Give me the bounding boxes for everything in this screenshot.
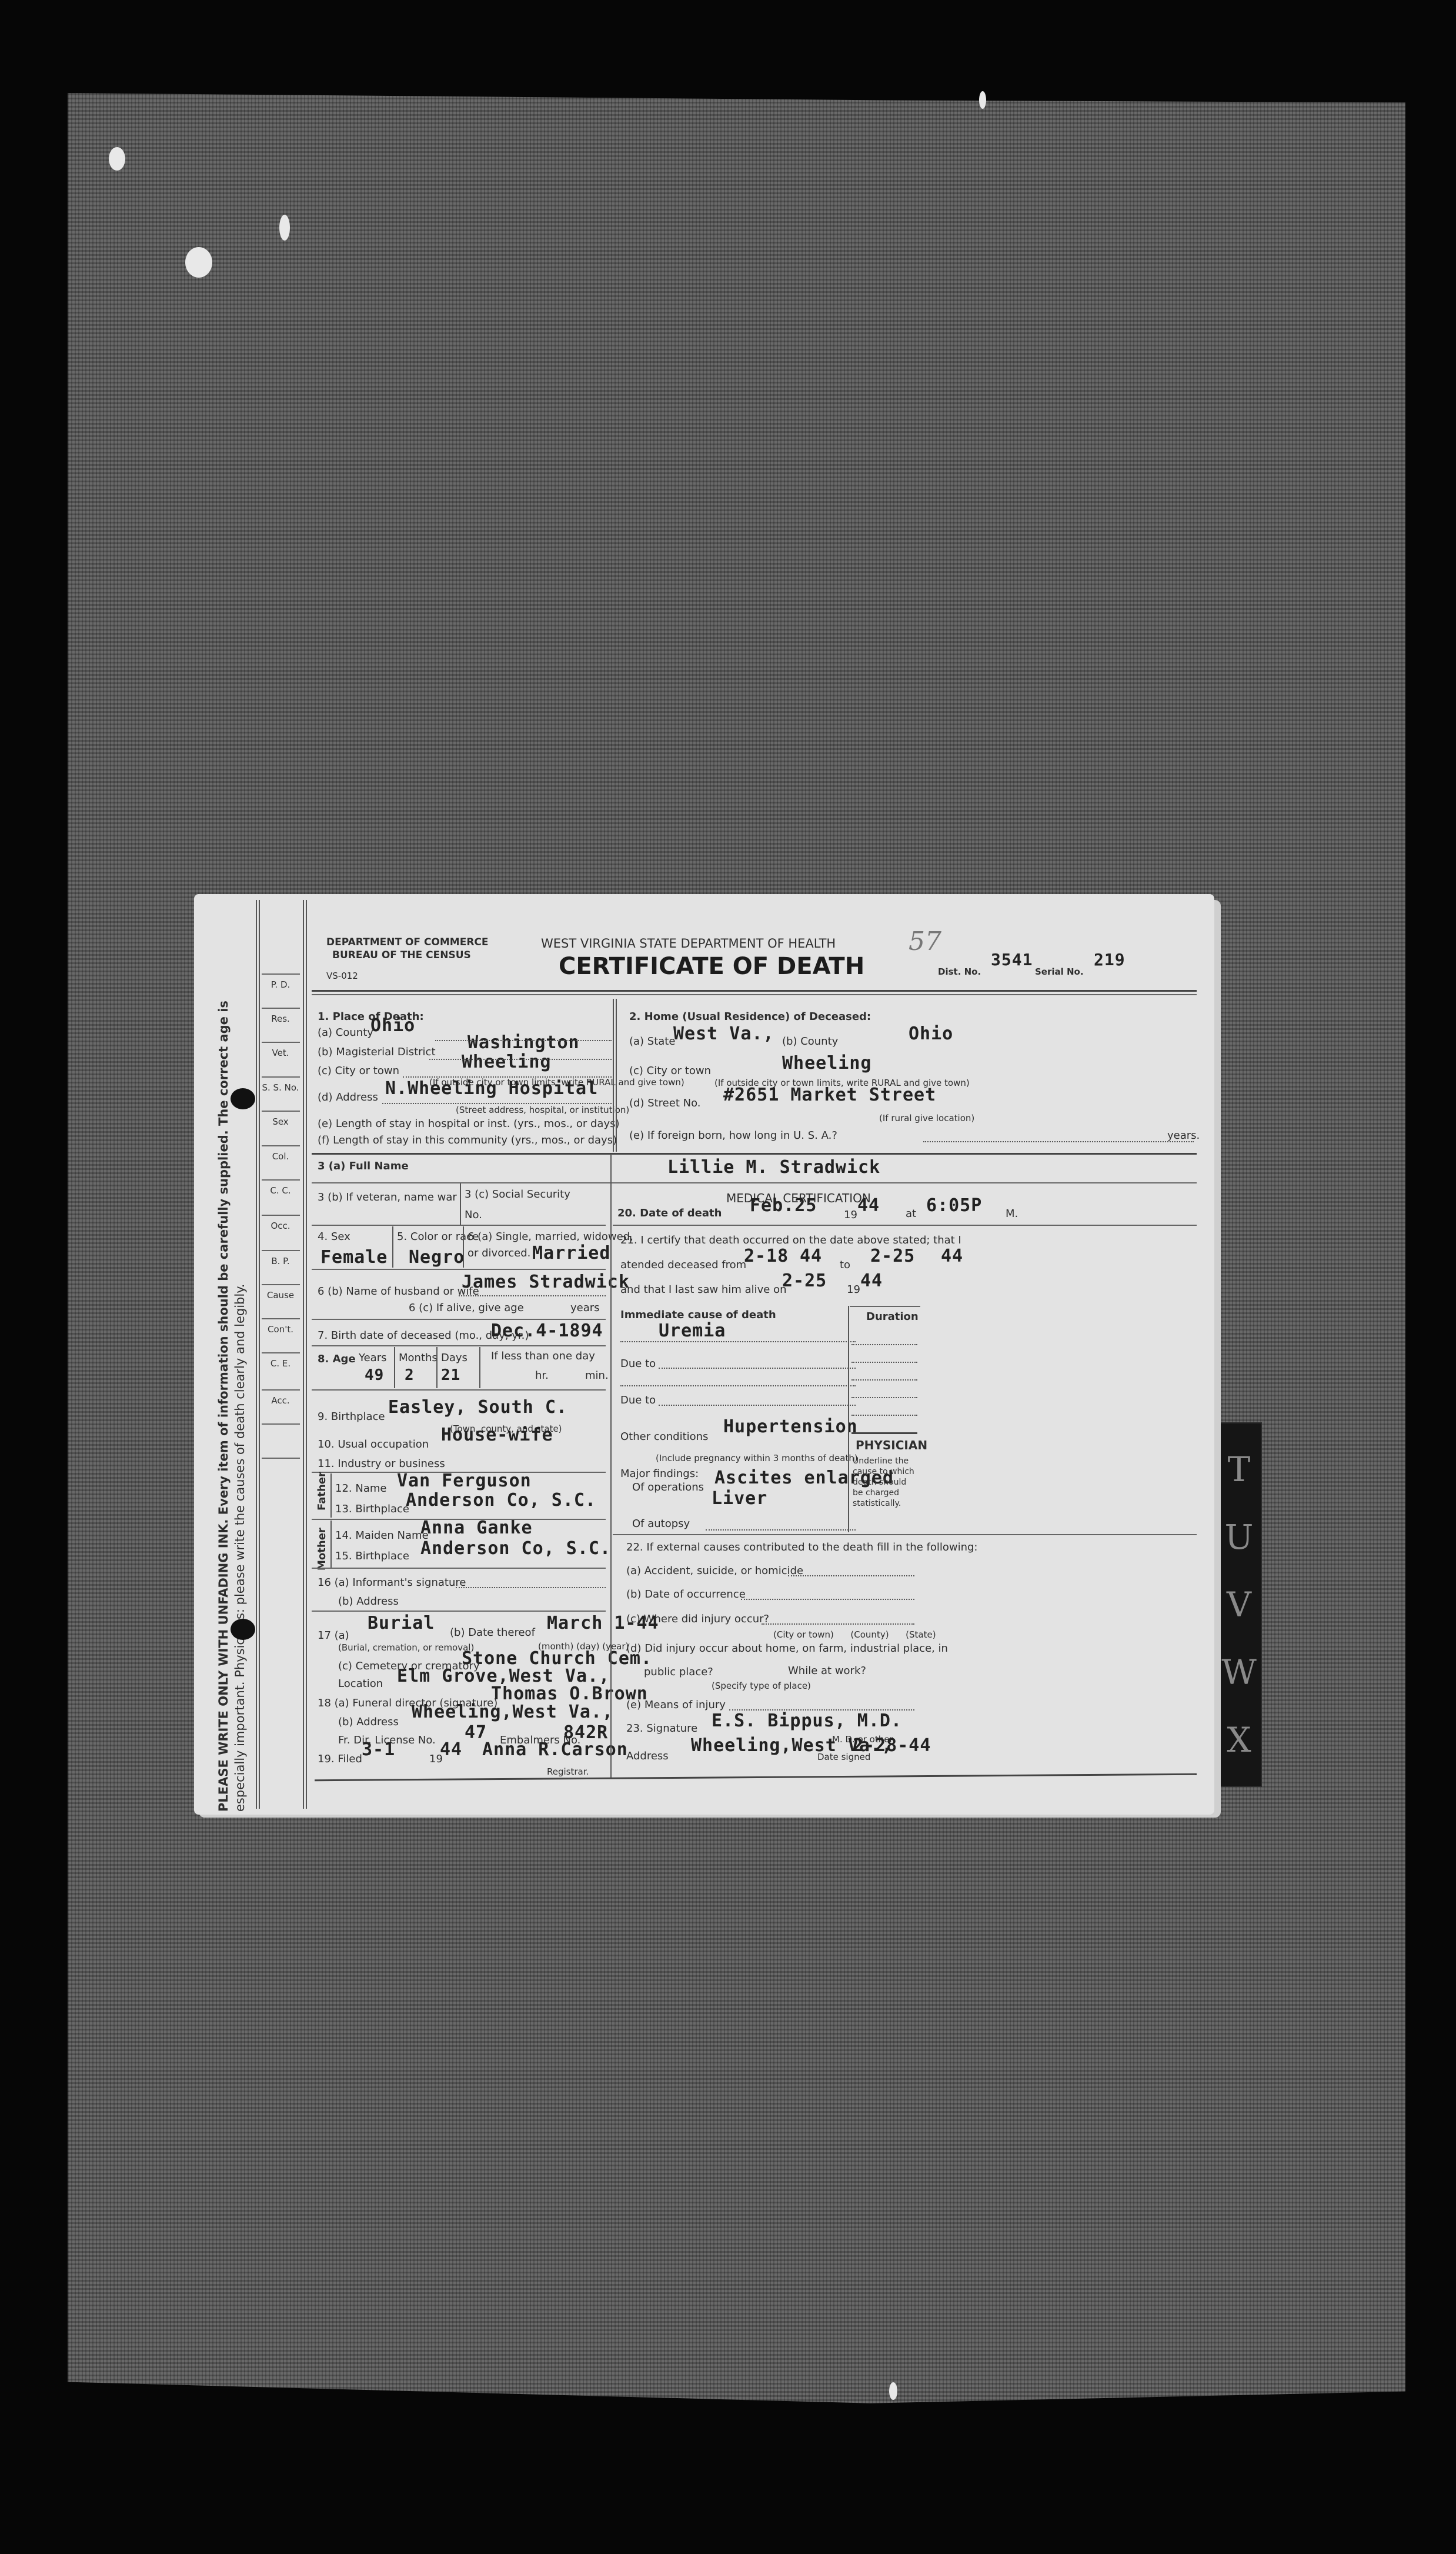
to-label: to	[840, 1259, 850, 1271]
death-date-value: Feb.25	[750, 1195, 817, 1216]
ink-instruction: PLEASE WRITE ONLY WITH UNFADING INK. Eve…	[216, 1001, 231, 1812]
code-bp: B. P.	[260, 1256, 301, 1266]
at-label: at	[906, 1208, 916, 1220]
res-foreign-label: (e) If foreign born, how long in U. S. A…	[629, 1129, 837, 1142]
funeral-director-address-value: Wheeling,West Va.,	[412, 1702, 613, 1722]
birthplace-label: 9. Birthplace	[318, 1411, 385, 1423]
m-label: M.	[1006, 1208, 1018, 1220]
hr-label: hr.	[535, 1369, 549, 1382]
margin-line	[306, 900, 307, 1809]
funeral-director-value: Thomas O.Brown	[491, 1683, 648, 1704]
race-label: 5. Color or race	[397, 1231, 479, 1243]
filed-label: 19. Filed	[318, 1753, 362, 1765]
fill-line	[659, 1368, 856, 1369]
dust-speck	[185, 247, 212, 278]
did-injury-label: (d) Did injury occur about home, on farm…	[626, 1642, 948, 1655]
place-note: (Specify type of place)	[712, 1681, 811, 1691]
fill-line	[403, 1076, 612, 1078]
less-than-day-label: If less than one day	[491, 1350, 595, 1362]
duration-divider	[848, 1306, 849, 1532]
fill-line	[851, 1397, 917, 1398]
code-divider	[262, 1458, 300, 1459]
res-county-label: (b) County	[782, 1035, 838, 1048]
tab-letter: V	[1227, 1588, 1251, 1622]
cell-divider	[330, 1521, 332, 1568]
external-causes-heading: 22. If external causes contributed to th…	[626, 1541, 978, 1553]
informant-address-label: (b) Address	[338, 1595, 399, 1608]
code-divider	[262, 1215, 300, 1216]
informant-label: 16 (a) Informant's signature	[318, 1576, 466, 1589]
funeral-director-address-label: (b) Address	[338, 1716, 399, 1728]
code-divider	[262, 1008, 300, 1009]
code-divider	[262, 1111, 300, 1112]
industry-label: 11. Industry or business	[318, 1458, 445, 1470]
pod-city-value: Wheeling	[462, 1052, 552, 1072]
fill-line	[851, 1379, 917, 1381]
mother-birthplace-label: 15. Birthplace	[335, 1550, 409, 1562]
attended-label: atended deceased from	[620, 1259, 746, 1271]
other-conditions-label: Other conditions	[620, 1431, 708, 1443]
pod-address-value: N.Wheeling Hospital	[385, 1078, 598, 1099]
race-value: Negro	[409, 1247, 465, 1268]
duration-top-rule	[850, 1306, 920, 1307]
res-state-label: (a) State	[629, 1035, 675, 1048]
attended-to: 2-25	[870, 1246, 915, 1266]
margin-line	[303, 900, 304, 1809]
while-at-work-label: While at work?	[788, 1665, 866, 1677]
fill-line	[620, 1341, 856, 1342]
fill-line	[429, 1059, 612, 1060]
physician-signature: E.S. Bippus, M.D.	[712, 1711, 902, 1731]
margin-line	[256, 900, 257, 1809]
row-rule	[312, 1611, 606, 1612]
dust-speck	[109, 147, 125, 171]
spouse-age-suffix: years	[570, 1302, 600, 1314]
fill-line	[851, 1415, 917, 1416]
code-divider	[262, 1145, 300, 1146]
spouse-age-label: 6 (c) If alive, give age	[409, 1302, 524, 1314]
row-rule	[613, 1225, 1197, 1226]
certificate-title: CERTIFICATE OF DEATH	[559, 953, 864, 980]
pregnancy-note: (Include pregnancy within 3 months of de…	[656, 1453, 858, 1463]
occupation-label: 10. Usual occupation	[318, 1438, 429, 1451]
veteran-label: 3 (b) If veteran, name war	[318, 1191, 457, 1203]
dist-label: Dist. No.	[938, 966, 981, 977]
cell-divider	[394, 1347, 395, 1388]
date-signed-label: Date signed	[817, 1752, 870, 1762]
father-birthplace-value: Anderson Co, S.C.	[406, 1490, 596, 1511]
age-years-label: Years	[359, 1352, 387, 1364]
tab-letter: X	[1227, 1723, 1251, 1757]
marital-value: Married	[532, 1243, 610, 1263]
code-divider	[262, 1352, 300, 1353]
pod-address-label: (d) Address	[318, 1091, 378, 1103]
code-cc: C. C.	[260, 1185, 301, 1196]
handwritten-number: 57	[909, 926, 941, 956]
cell-divider	[436, 1347, 438, 1388]
sex-value: Female	[320, 1247, 388, 1268]
fill-line	[851, 1344, 917, 1345]
res-street-note: (If rural give location)	[879, 1113, 974, 1123]
age-label: 8. Age	[318, 1353, 356, 1365]
header-rule	[312, 994, 1197, 995]
major-findings-label: Major findings:	[620, 1468, 699, 1480]
death-date-label: 20. Date of death	[617, 1207, 722, 1219]
punch-hole	[231, 1619, 255, 1640]
code-divider	[262, 1423, 300, 1425]
physician-note: Underline the cause to which death shoul…	[853, 1456, 917, 1509]
mother-birthplace-value: Anderson Co, S.C.	[420, 1538, 611, 1559]
due-to-label-2: Due to	[620, 1394, 656, 1406]
fill-line	[788, 1575, 914, 1576]
fill-line	[382, 1103, 612, 1104]
ssn-no-label: No.	[465, 1209, 482, 1221]
tab-letter: W	[1221, 1655, 1257, 1689]
disposition-method-note: (Burial, cremation, or removal)	[338, 1642, 474, 1653]
punch-hole	[231, 1088, 255, 1109]
row-rule	[312, 1345, 606, 1346]
section-divider	[613, 999, 614, 1152]
code-res: Res.	[260, 1013, 301, 1024]
cell-divider	[479, 1347, 480, 1388]
full-name-label: 3 (a) Full Name	[318, 1160, 409, 1172]
sex-label: 4. Sex	[318, 1231, 350, 1243]
registrar-name: Anna R.Carson	[482, 1739, 628, 1760]
cell-divider	[392, 1226, 393, 1268]
father-name-label: 12. Name	[335, 1482, 386, 1495]
dust-speck	[889, 2382, 897, 2400]
res-city-label: (c) City or town	[629, 1065, 711, 1077]
fill-line	[456, 1587, 606, 1588]
age-years-value: 49	[365, 1366, 384, 1384]
code-divider	[262, 1179, 300, 1181]
dust-speck	[279, 215, 290, 241]
spouse-value: James Stradwick	[462, 1272, 630, 1292]
fill-line	[851, 1362, 917, 1363]
age-days-value: 21	[441, 1366, 460, 1384]
column-divider	[610, 1154, 612, 1778]
section-divider	[616, 999, 617, 1152]
row-rule	[312, 1389, 606, 1391]
row-rule	[312, 1568, 606, 1569]
immediate-cause-label: Immediate cause of death	[620, 1309, 776, 1321]
code-divider	[262, 1284, 300, 1285]
pod-stay-hospital: (e) Length of stay in hospital or inst. …	[318, 1118, 620, 1130]
occupation-value: House-wife	[441, 1425, 553, 1445]
operations-label: Of operations	[632, 1481, 704, 1493]
filed-date: 3-1	[362, 1739, 395, 1760]
code-pd: P. D.	[260, 979, 301, 990]
code-acc: Acc.	[260, 1395, 301, 1406]
row-rule	[312, 1225, 606, 1226]
code-divider	[262, 1076, 300, 1078]
code-ce: C. E.	[260, 1358, 301, 1369]
code-cont: Con't.	[260, 1324, 301, 1335]
dust-speck	[979, 91, 986, 109]
disposition-method: Burial	[368, 1613, 435, 1633]
age-months-value: 2	[405, 1366, 415, 1384]
mother-side-label: Mother	[316, 1528, 328, 1571]
signature-label: 23. Signature	[626, 1722, 697, 1735]
death-year-value: 44	[857, 1195, 880, 1216]
row-rule	[613, 1534, 1197, 1535]
death-year-prefix: 19	[844, 1209, 857, 1221]
row-rule	[312, 1319, 606, 1320]
filed-year: 44	[440, 1739, 462, 1760]
pod-district-label: (b) Magisterial District	[318, 1046, 436, 1058]
father-name-value: Van Ferguson	[397, 1471, 532, 1491]
cell-divider	[463, 1226, 464, 1268]
fill-line	[659, 1405, 856, 1406]
mother-name-value: Anna Ganke	[420, 1518, 533, 1538]
pod-address-note: (Street address, hospital, or institutio…	[456, 1105, 629, 1115]
cemetery-location-label: Location	[338, 1678, 383, 1690]
disposition-date-label: (b) Date thereof	[450, 1626, 535, 1639]
father-side-label: Father	[316, 1472, 328, 1511]
full-name-value: Lillie M. Stradwick	[667, 1157, 880, 1178]
serial-label: Serial No.	[1035, 966, 1084, 977]
bottom-rule	[315, 1773, 1197, 1781]
res-foreign-suffix: years.	[1167, 1129, 1200, 1142]
code-divider	[262, 1389, 300, 1391]
code-sex: Sex	[260, 1116, 301, 1127]
occurrence-label: (b) Date of occurrence	[626, 1588, 746, 1601]
dept-commerce: DEPARTMENT OF COMMERCE	[326, 936, 489, 948]
mother-name-label: 14. Maiden Name	[335, 1529, 429, 1542]
last-seen-value: 2-25	[782, 1271, 827, 1291]
fill-line	[923, 1141, 1194, 1142]
means-of-injury-label: (e) Means of injury	[626, 1699, 726, 1711]
fill-line	[435, 1040, 612, 1041]
immediate-cause-value: Uremia	[659, 1321, 726, 1341]
accident-label: (a) Accident, suicide, or homicide	[626, 1565, 803, 1577]
physician-label: PHYSICIAN	[856, 1438, 927, 1452]
certify-text: 21. I certify that death occurred on the…	[620, 1234, 961, 1246]
where-injury-label: (c) Where did injury occur?	[626, 1613, 769, 1625]
operations-value-2: Liver	[712, 1488, 767, 1509]
birthplace-value: Easley, South C.	[388, 1397, 567, 1418]
age-days-label: Days	[441, 1352, 467, 1364]
section-rule	[312, 1153, 1197, 1155]
serial-number: 219	[1094, 950, 1126, 969]
code-cause: Cause	[260, 1290, 301, 1301]
code-divider	[262, 1318, 300, 1319]
attended-from-year: 44	[800, 1246, 822, 1266]
code-occ: Occ.	[260, 1221, 301, 1231]
fill-line	[762, 1623, 914, 1625]
attended-to-year: 44	[941, 1246, 963, 1266]
birth-date-value: Dec.4-1894	[491, 1321, 603, 1341]
bureau-census: BUREAU OF THE CENSUS	[332, 949, 471, 961]
residence-heading: 2. Home (Usual Residence) of Deceased:	[629, 1011, 871, 1023]
death-time-value: 6:05P	[926, 1195, 982, 1216]
label-17a: 17 (a)	[318, 1629, 349, 1642]
header-rule	[312, 990, 1197, 992]
attended-from: 2-18	[744, 1246, 789, 1266]
res-street-value: #2651 Market Street	[723, 1085, 936, 1105]
last-seen-label: and that I last saw him alive on	[620, 1283, 787, 1296]
marital-label: 6 (a) Single, married, widowed,	[467, 1231, 633, 1243]
marital-label-2: or divorced.	[467, 1247, 530, 1259]
tab-letter: T	[1228, 1452, 1251, 1486]
index-tab: T U V W X	[1216, 1422, 1262, 1787]
duration-label: Duration	[866, 1311, 919, 1323]
physician-address-label: Address	[626, 1750, 669, 1762]
dist-number: 3541	[991, 950, 1033, 969]
fill-line	[706, 1529, 856, 1531]
tab-letter: U	[1225, 1520, 1254, 1554]
physician-instruction: especially important. Physicians: please…	[233, 1284, 247, 1812]
code-divider	[262, 973, 300, 975]
row-rule	[312, 1269, 606, 1270]
agency-name: WEST VIRGINIA STATE DEPARTMENT OF HEALTH	[541, 936, 836, 951]
res-county-value: Ohio	[909, 1023, 953, 1044]
fill-line	[620, 1385, 856, 1386]
where-injury-note: (City or town) (County) (State)	[773, 1629, 936, 1640]
last-seen-year-prefix: 19	[847, 1283, 860, 1296]
other-conditions-value: Hupertension	[723, 1416, 858, 1437]
public-place-label: public place?	[644, 1666, 713, 1678]
res-street-label: (d) Street No.	[629, 1097, 701, 1109]
pod-county-label: (a) County	[318, 1026, 373, 1039]
code-ssno: S. S. No.	[260, 1082, 301, 1093]
due-to-label-1: Due to	[620, 1358, 656, 1370]
last-seen-year: 44	[860, 1271, 883, 1291]
margin-line	[259, 900, 260, 1809]
form-number: VS-012	[326, 971, 358, 981]
code-col: Col.	[260, 1151, 301, 1162]
fill-line	[741, 1599, 914, 1600]
spouse-label: 6 (b) Name of husband or wife	[318, 1285, 479, 1298]
code-vet: Vet.	[260, 1048, 301, 1058]
fill-line	[459, 1295, 606, 1296]
father-birthplace-label: 13. Birthplace	[335, 1503, 409, 1515]
min-label: min.	[585, 1369, 609, 1382]
cell-divider	[330, 1473, 332, 1518]
pod-stay-community: (f) Length of stay in this community (yr…	[318, 1134, 617, 1146]
ssn-label: 3 (c) Social Security	[465, 1188, 570, 1201]
death-certificate: PLEASE WRITE ONLY WITH UNFADING INK. Eve…	[194, 894, 1214, 1815]
pod-district-value: Washington	[467, 1032, 580, 1053]
autopsy-label: Of autopsy	[632, 1518, 690, 1530]
code-divider	[262, 1042, 300, 1043]
code-divider	[262, 1250, 300, 1251]
res-city-value: Wheeling	[782, 1053, 872, 1073]
pod-county-value: Ohio	[370, 1015, 415, 1036]
physician-rule	[851, 1432, 917, 1434]
pod-city-label: (c) City or town	[318, 1065, 399, 1077]
registrar-label: Registrar.	[547, 1766, 589, 1777]
cell-divider	[460, 1183, 461, 1225]
section-rule	[312, 1182, 1197, 1183]
age-months-label: Months	[399, 1352, 438, 1364]
res-state-value: West Va.,	[673, 1023, 774, 1044]
